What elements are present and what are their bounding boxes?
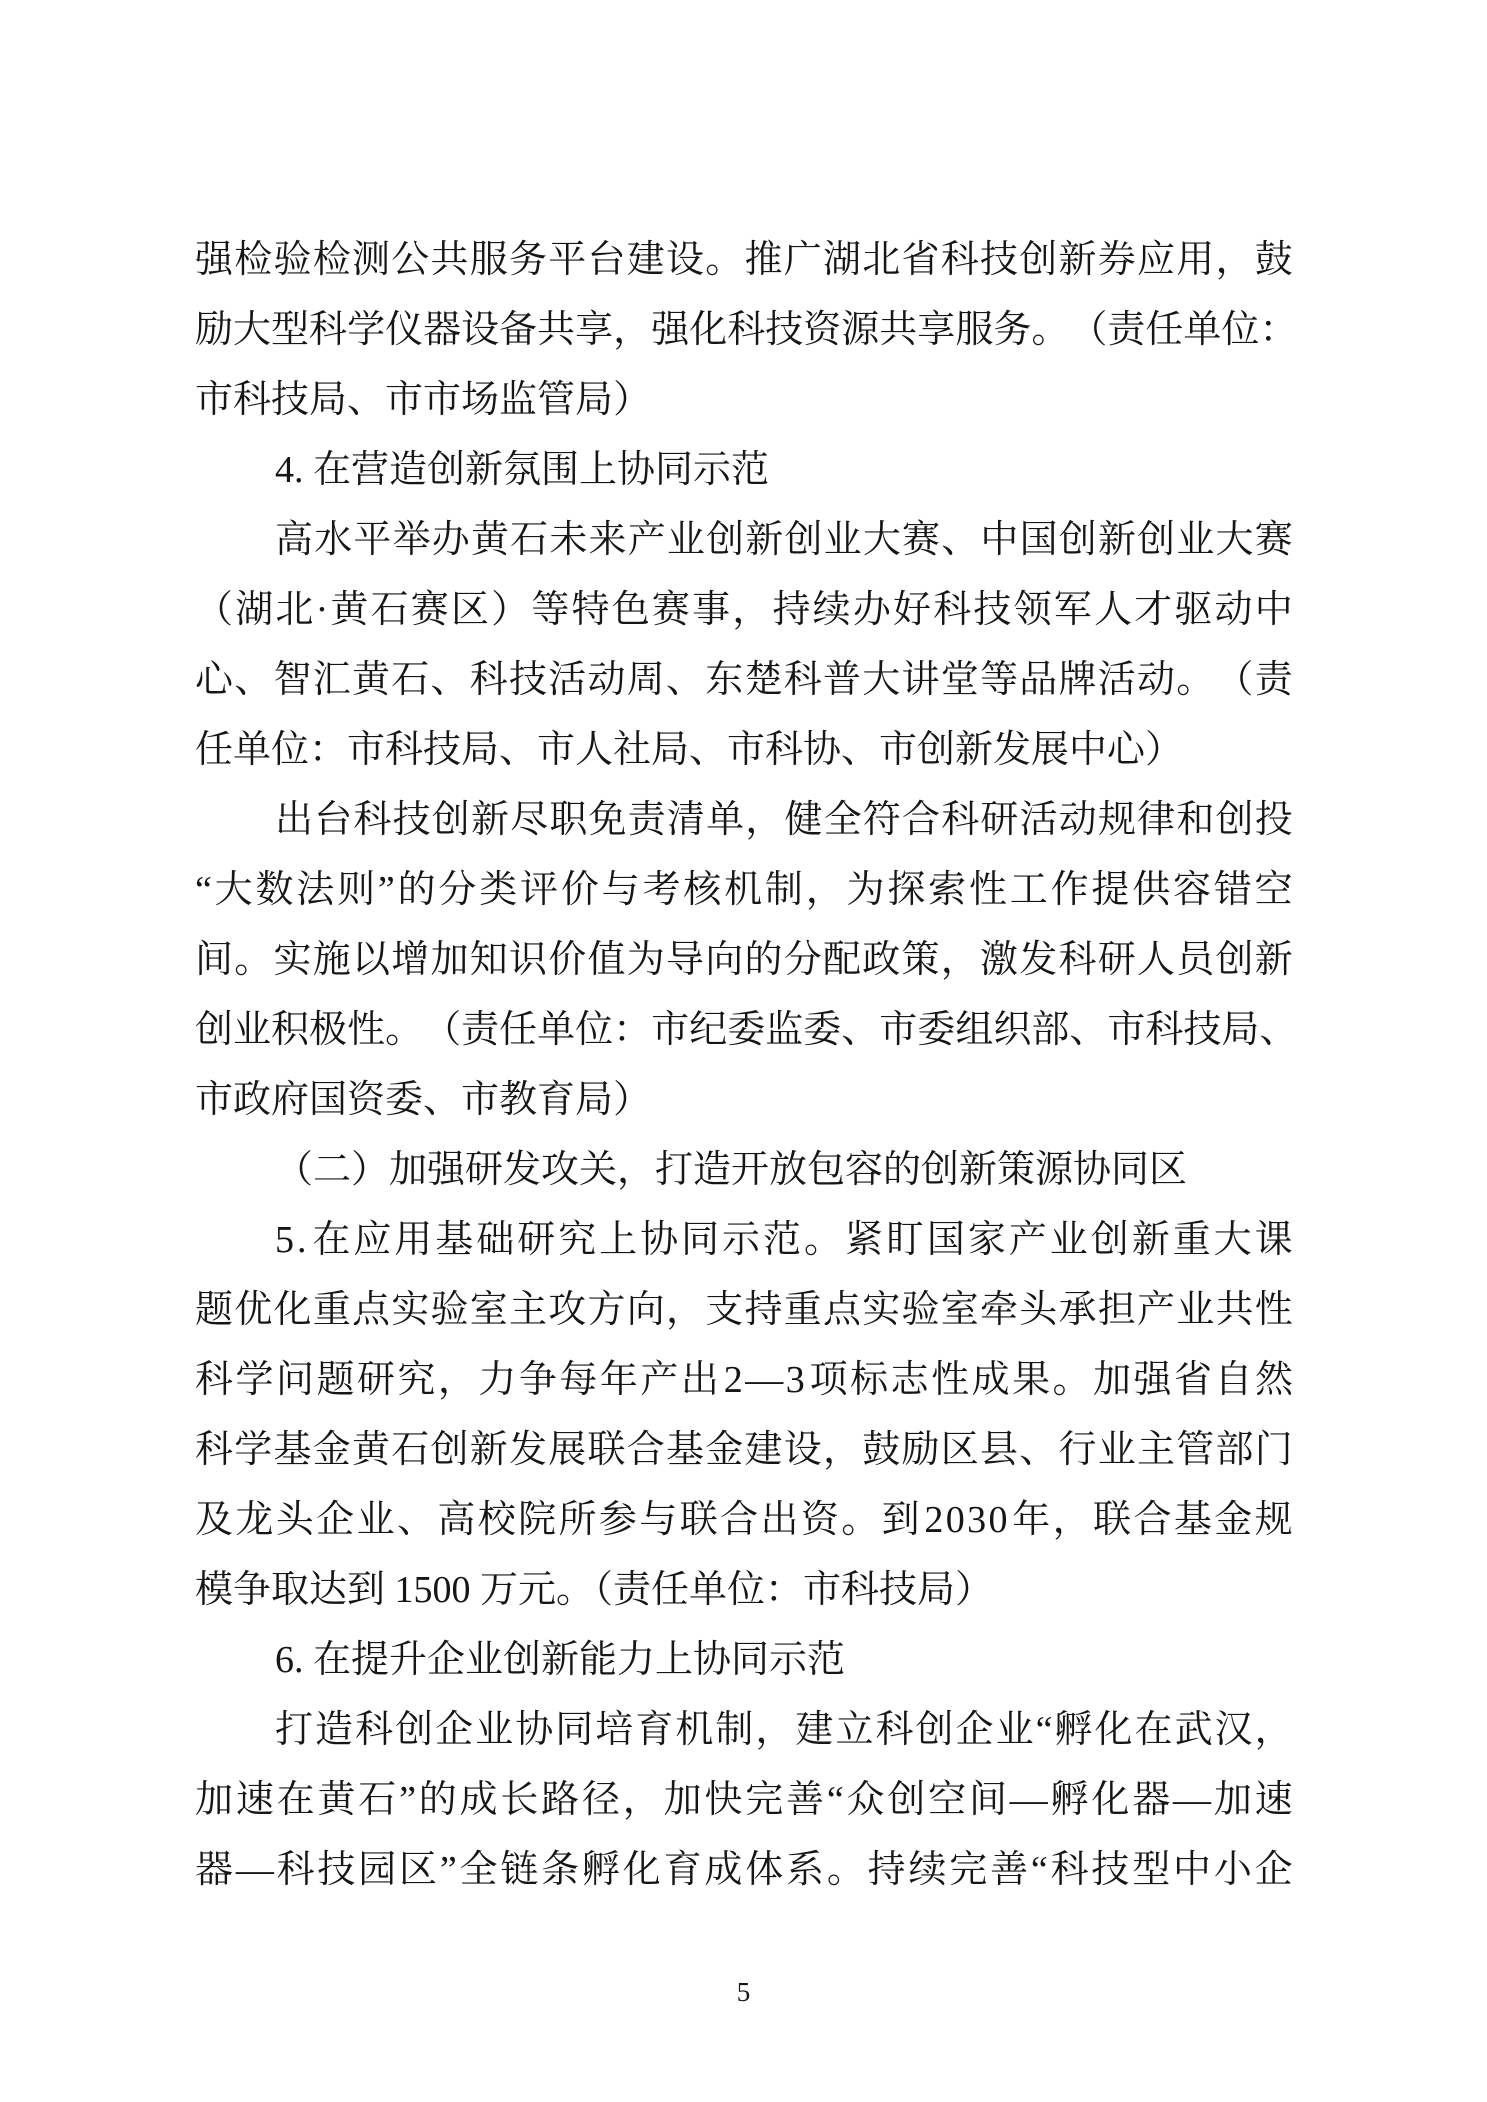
document-line: 创业积极性。（责任单位：市纪委监委、市委组织部、市科技局、 xyxy=(195,995,1293,1065)
document-line: 打造科创企业协同培育机制，建立科创企业“孵化在武汉， xyxy=(195,1695,1293,1765)
document-line: 及龙头企业、高校院所参与联合出资。到 2030 年，联合基金规 xyxy=(195,1485,1293,1555)
document-page: 强检验检测公共服务平台建设。推广湖北省科技创新券应用，鼓励大型科学仪器设备共享，… xyxy=(0,0,1487,2102)
document-line: 6. 在提升企业创新能力上协同示范 xyxy=(195,1625,1293,1695)
document-line: 器—科技园区”全链条孵化育成体系。持续完善“科技型中小企 xyxy=(195,1835,1293,1905)
document-line: 市科技局、市市场监管局） xyxy=(195,365,1293,435)
page-number: 5 xyxy=(0,1975,1487,2009)
document-line: 强检验检测公共服务平台建设。推广湖北省科技创新券应用，鼓 xyxy=(195,225,1293,295)
document-line: 科学基金黄石创新发展联合基金建设，鼓励区县、行业主管部门 xyxy=(195,1415,1293,1485)
document-line: 模争取达到 1500 万元。（责任单位：市科技局） xyxy=(195,1555,1293,1625)
document-line: 科学问题研究，力争每年产出 2—3 项标志性成果。加强省自然 xyxy=(195,1345,1293,1415)
document-line: 4. 在营造创新氛围上协同示范 xyxy=(195,435,1293,505)
document-body: 强检验检测公共服务平台建设。推广湖北省科技创新券应用，鼓励大型科学仪器设备共享，… xyxy=(195,225,1293,1905)
document-line: 加速在黄石”的成长路径，加快完善“众创空间—孵化器—加速 xyxy=(195,1765,1293,1835)
document-line: “大数法则”的分类评价与考核机制，为探索性工作提供容错空 xyxy=(195,855,1293,925)
document-line: 5. 在应用基础研究上协同示范。紧盯国家产业创新重大课 xyxy=(195,1205,1293,1275)
document-line: 市政府国资委、市教育局） xyxy=(195,1065,1293,1135)
document-line: 间。实施以增加知识价值为导向的分配政策，激发科研人员创新 xyxy=(195,925,1293,995)
document-line: （湖北·黄石赛区）等特色赛事，持续办好科技领军人才驱动中 xyxy=(195,575,1293,645)
document-line: 励大型科学仪器设备共享，强化科技资源共享服务。（责任单位： xyxy=(195,295,1293,365)
document-line: 题优化重点实验室主攻方向，支持重点实验室牵头承担产业共性 xyxy=(195,1275,1293,1345)
document-line: 任单位：市科技局、市人社局、市科协、市创新发展中心） xyxy=(195,715,1293,785)
document-line: 心、智汇黄石、科技活动周、东楚科普大讲堂等品牌活动。（责 xyxy=(195,645,1293,715)
document-line: 高水平举办黄石未来产业创新创业大赛、中国创新创业大赛 xyxy=(195,505,1293,575)
document-line: （二）加强研发攻关，打造开放包容的创新策源协同区 xyxy=(195,1135,1293,1205)
document-line: 出台科技创新尽职免责清单，健全符合科研活动规律和创投 xyxy=(195,785,1293,855)
